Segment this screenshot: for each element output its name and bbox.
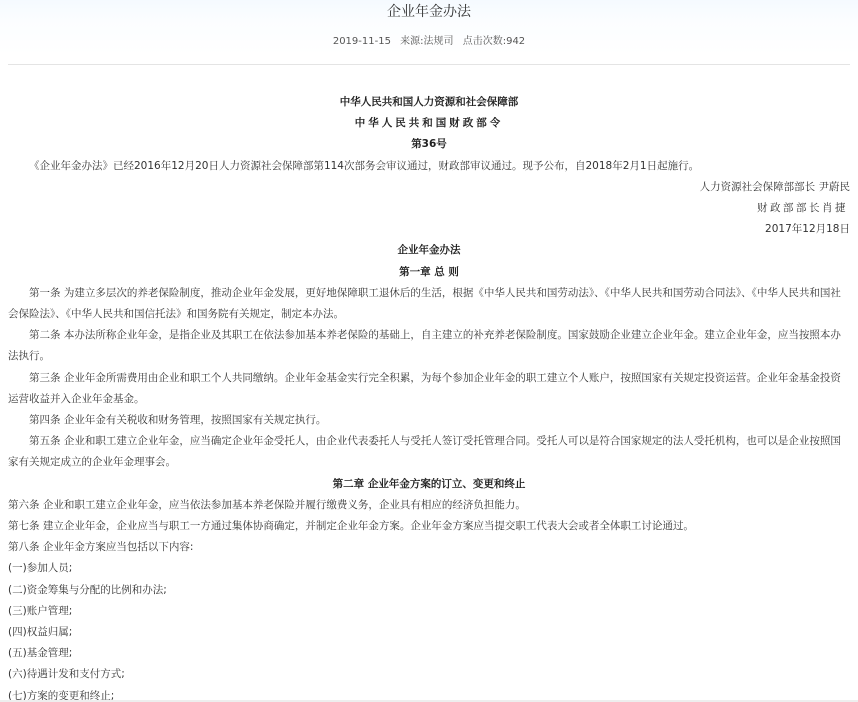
issuer-ministry-hr: 中华人民共和国人力资源和社会保障部 xyxy=(8,92,850,113)
chapter-2-heading: 第二章 企业年金方案的订立、变更和终止 xyxy=(8,474,850,495)
page-title: 企业年金办法 xyxy=(0,2,858,22)
source-value: 法规司 xyxy=(424,36,454,47)
article-1: 第一条 为建立多层次的养老保险制度，推动企业年金发展，更好地保障职工退休后的生活… xyxy=(8,283,850,325)
article-2: 第二条 本办法所称企业年金，是指企业及其职工在依法参加基本养老保险的基础上，自主… xyxy=(8,325,850,367)
law-title: 企业年金办法 xyxy=(8,240,850,261)
signature-finance-minister: 财政部部长肖捷 xyxy=(8,198,850,219)
list-item: (五)基金管理; xyxy=(8,643,850,664)
article-7: 第七条 建立企业年金，企业应当与职工一方通过集体协商确定，并制定企业年金方案。企… xyxy=(8,516,850,537)
click-count: 点击次数:942 xyxy=(463,36,525,47)
signature-date: 2017年12月18日 xyxy=(8,219,850,240)
click-count-value: 942 xyxy=(506,36,525,47)
publish-date: 2019-11-15 xyxy=(333,36,391,47)
document-body: 中华人民共和国人力资源和社会保障部 中华人民共和国财政部令 第36号 《企业年金… xyxy=(8,92,850,702)
article-4: 第四条 企业年金有关税收和财务管理，按照国家有关规定执行。 xyxy=(8,410,850,431)
list-item: (四)权益归属; xyxy=(8,622,850,643)
list-item: (一)参加人员; xyxy=(8,558,850,579)
header-divider xyxy=(8,64,850,65)
article-6: 第六条 企业和职工建立企业年金，应当依法参加基本养老保险并履行缴费义务，企业具有… xyxy=(8,495,850,516)
list-item: (六)待遇计发和支付方式; xyxy=(8,664,850,685)
signature-hr-minister: 人力资源社会保障部部长 尹蔚民 xyxy=(8,177,850,198)
preamble: 《企业年金办法》已经2016年12月20日人力资源社会保障部第114次部务会审议… xyxy=(8,156,850,177)
article-3: 第三条 企业年金所需费用由企业和职工个人共同缴纳。企业年金基金实行完全积累，为每… xyxy=(8,368,850,410)
click-count-label: 点击次数: xyxy=(463,36,506,47)
source-label: 来源: xyxy=(400,36,423,47)
source: 来源:法规司 xyxy=(400,36,453,47)
list-item: (三)账户管理; xyxy=(8,601,850,622)
issuer-order-title: 中华人民共和国财政部令 xyxy=(8,113,850,134)
chapter-1-heading: 第一章 总 则 xyxy=(8,262,850,283)
article-meta: 2019-11-15 来源:法规司 点击次数:942 xyxy=(0,34,858,50)
list-item: (二)资金筹集与分配的比例和办法; xyxy=(8,580,850,601)
article-5: 第五条 企业和职工建立企业年金，应当确定企业年金受托人，由企业代表委托人与受托人… xyxy=(8,431,850,473)
page-header: 企业年金办法 2019-11-15 来源:法规司 点击次数:942 xyxy=(0,0,858,64)
order-number: 第36号 xyxy=(8,134,850,155)
article-8: 第八条 企业年金方案应当包括以下内容: xyxy=(8,537,850,558)
